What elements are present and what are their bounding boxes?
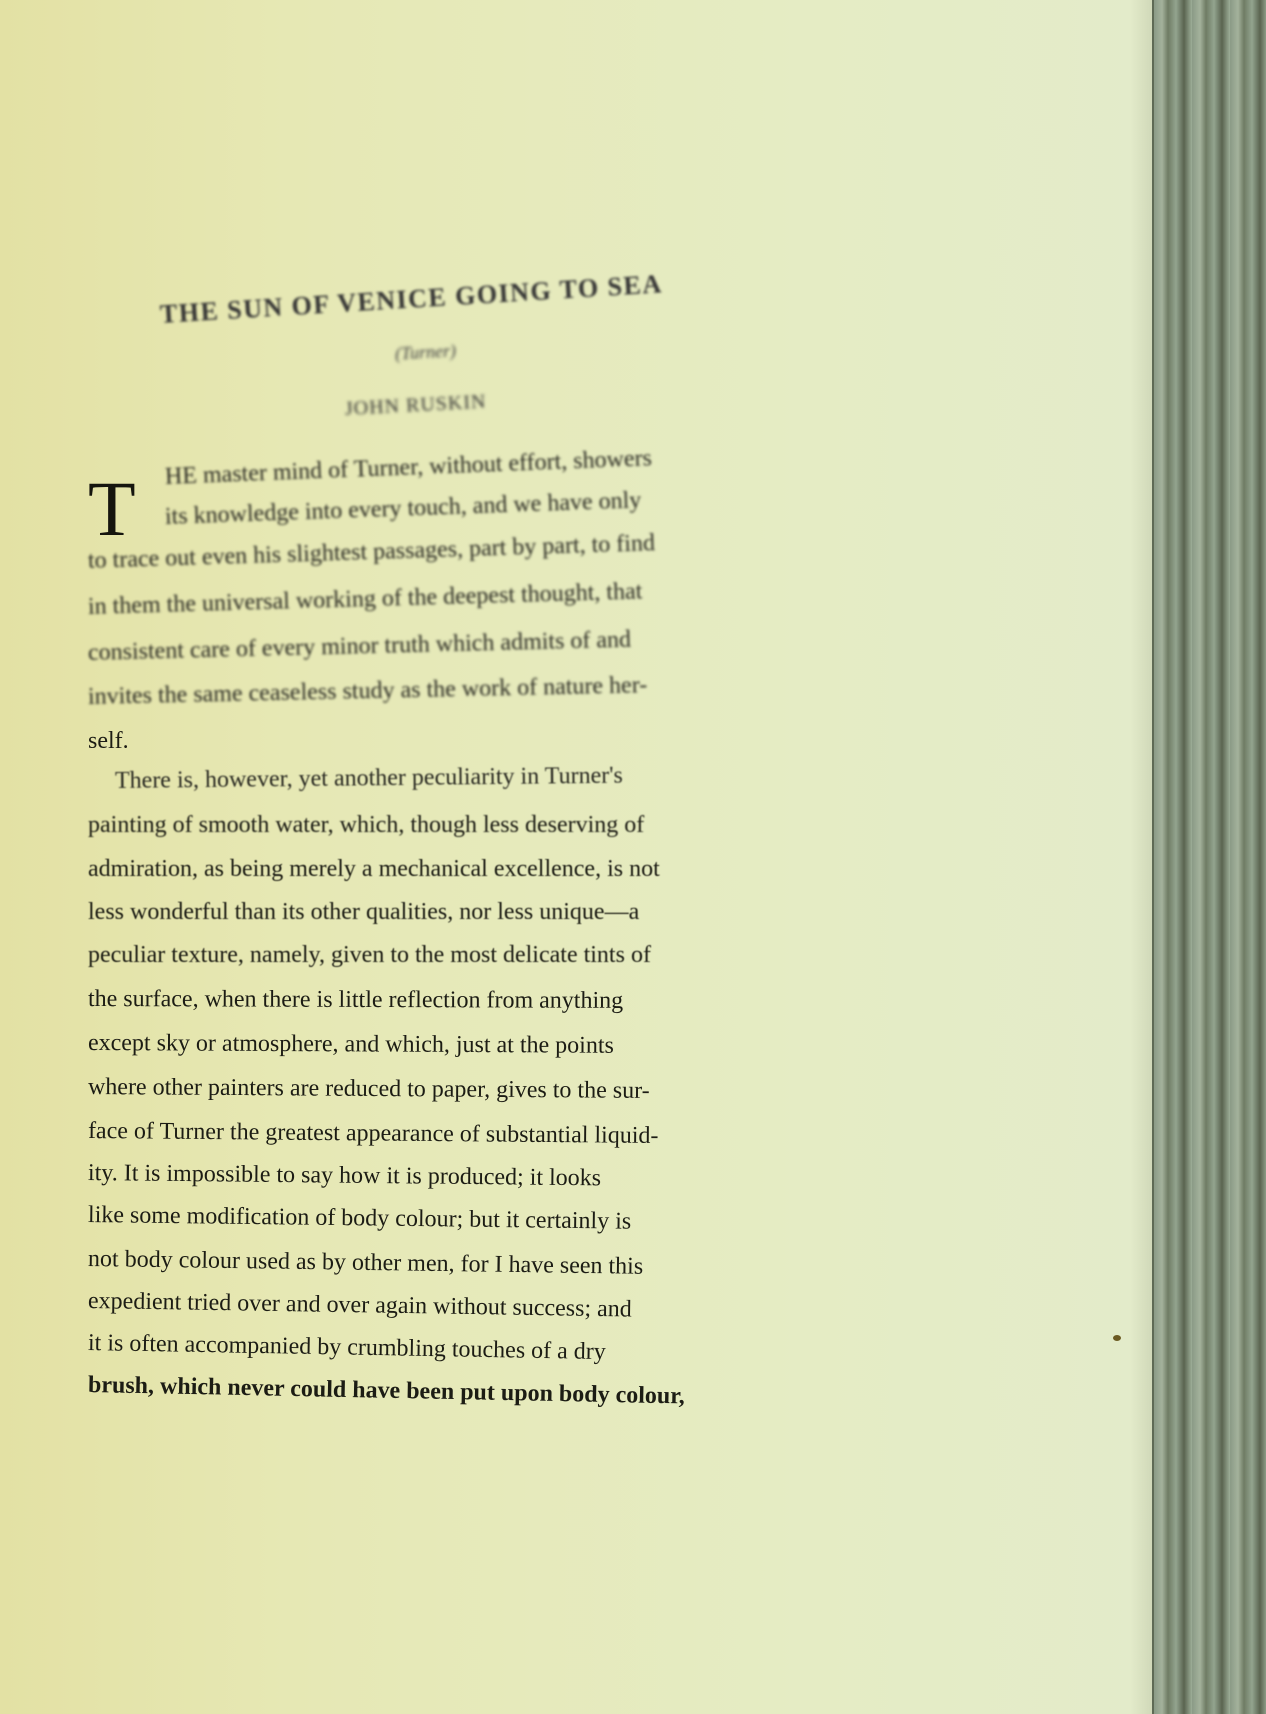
text-line: not body colour used as by other men, fo… [88,1246,863,1284]
title-text: THE SUN OF VENICE GOING TO SEA [159,269,663,329]
text-line: in them the universal working of the dee… [88,572,863,621]
text-line: its knowledge into every touch, and we h… [165,480,866,531]
text-line: to trace out even his slightest passages… [88,524,863,575]
text-line: the surface, when there is little reflec… [88,986,863,1016]
drop-cap: T [88,470,136,548]
text-line: expedient tried over and over again with… [88,1288,863,1327]
text-line: like some modification of body colour; b… [88,1202,863,1238]
text-line: invites the same ceaseless study as the … [88,668,863,711]
book-page: THE SUN OF VENICE GOING TO SEA (Turner) … [0,0,1152,1714]
paper-speck [1113,1335,1121,1341]
text-line: admiration, as being merely a mechanical… [88,856,863,883]
author-name: JOHN RUSKIN [344,391,487,421]
text-line: consistent care of every minor truth whi… [88,621,863,667]
text-line: where other painters are reduced to pape… [88,1074,863,1106]
text-line: ity. It is impossible to say how it is p… [88,1160,863,1195]
text-line: painting of smooth water, which, though … [88,812,863,839]
text-line: less wonderful than its other qualities,… [88,899,863,926]
page-shadow [1130,0,1154,1714]
text-line: except sky or atmosphere, and which, jus… [88,1030,863,1061]
text-line: There is, however, yet another peculiari… [115,760,863,795]
text-line: brush, which never could have been put u… [88,1372,863,1414]
text-line: it is often accompanied by crumbling tou… [88,1330,863,1371]
text-line: face of Turner the greatest appearance o… [88,1118,863,1152]
text-line: peculiar texture, namely, given to the m… [88,942,863,969]
text-line: self. [88,728,863,755]
page-title: THE SUN OF VENICE GOING TO SEA [159,262,780,330]
book-page-edges [1152,0,1266,1714]
subtitle: (Turner) [394,340,456,364]
